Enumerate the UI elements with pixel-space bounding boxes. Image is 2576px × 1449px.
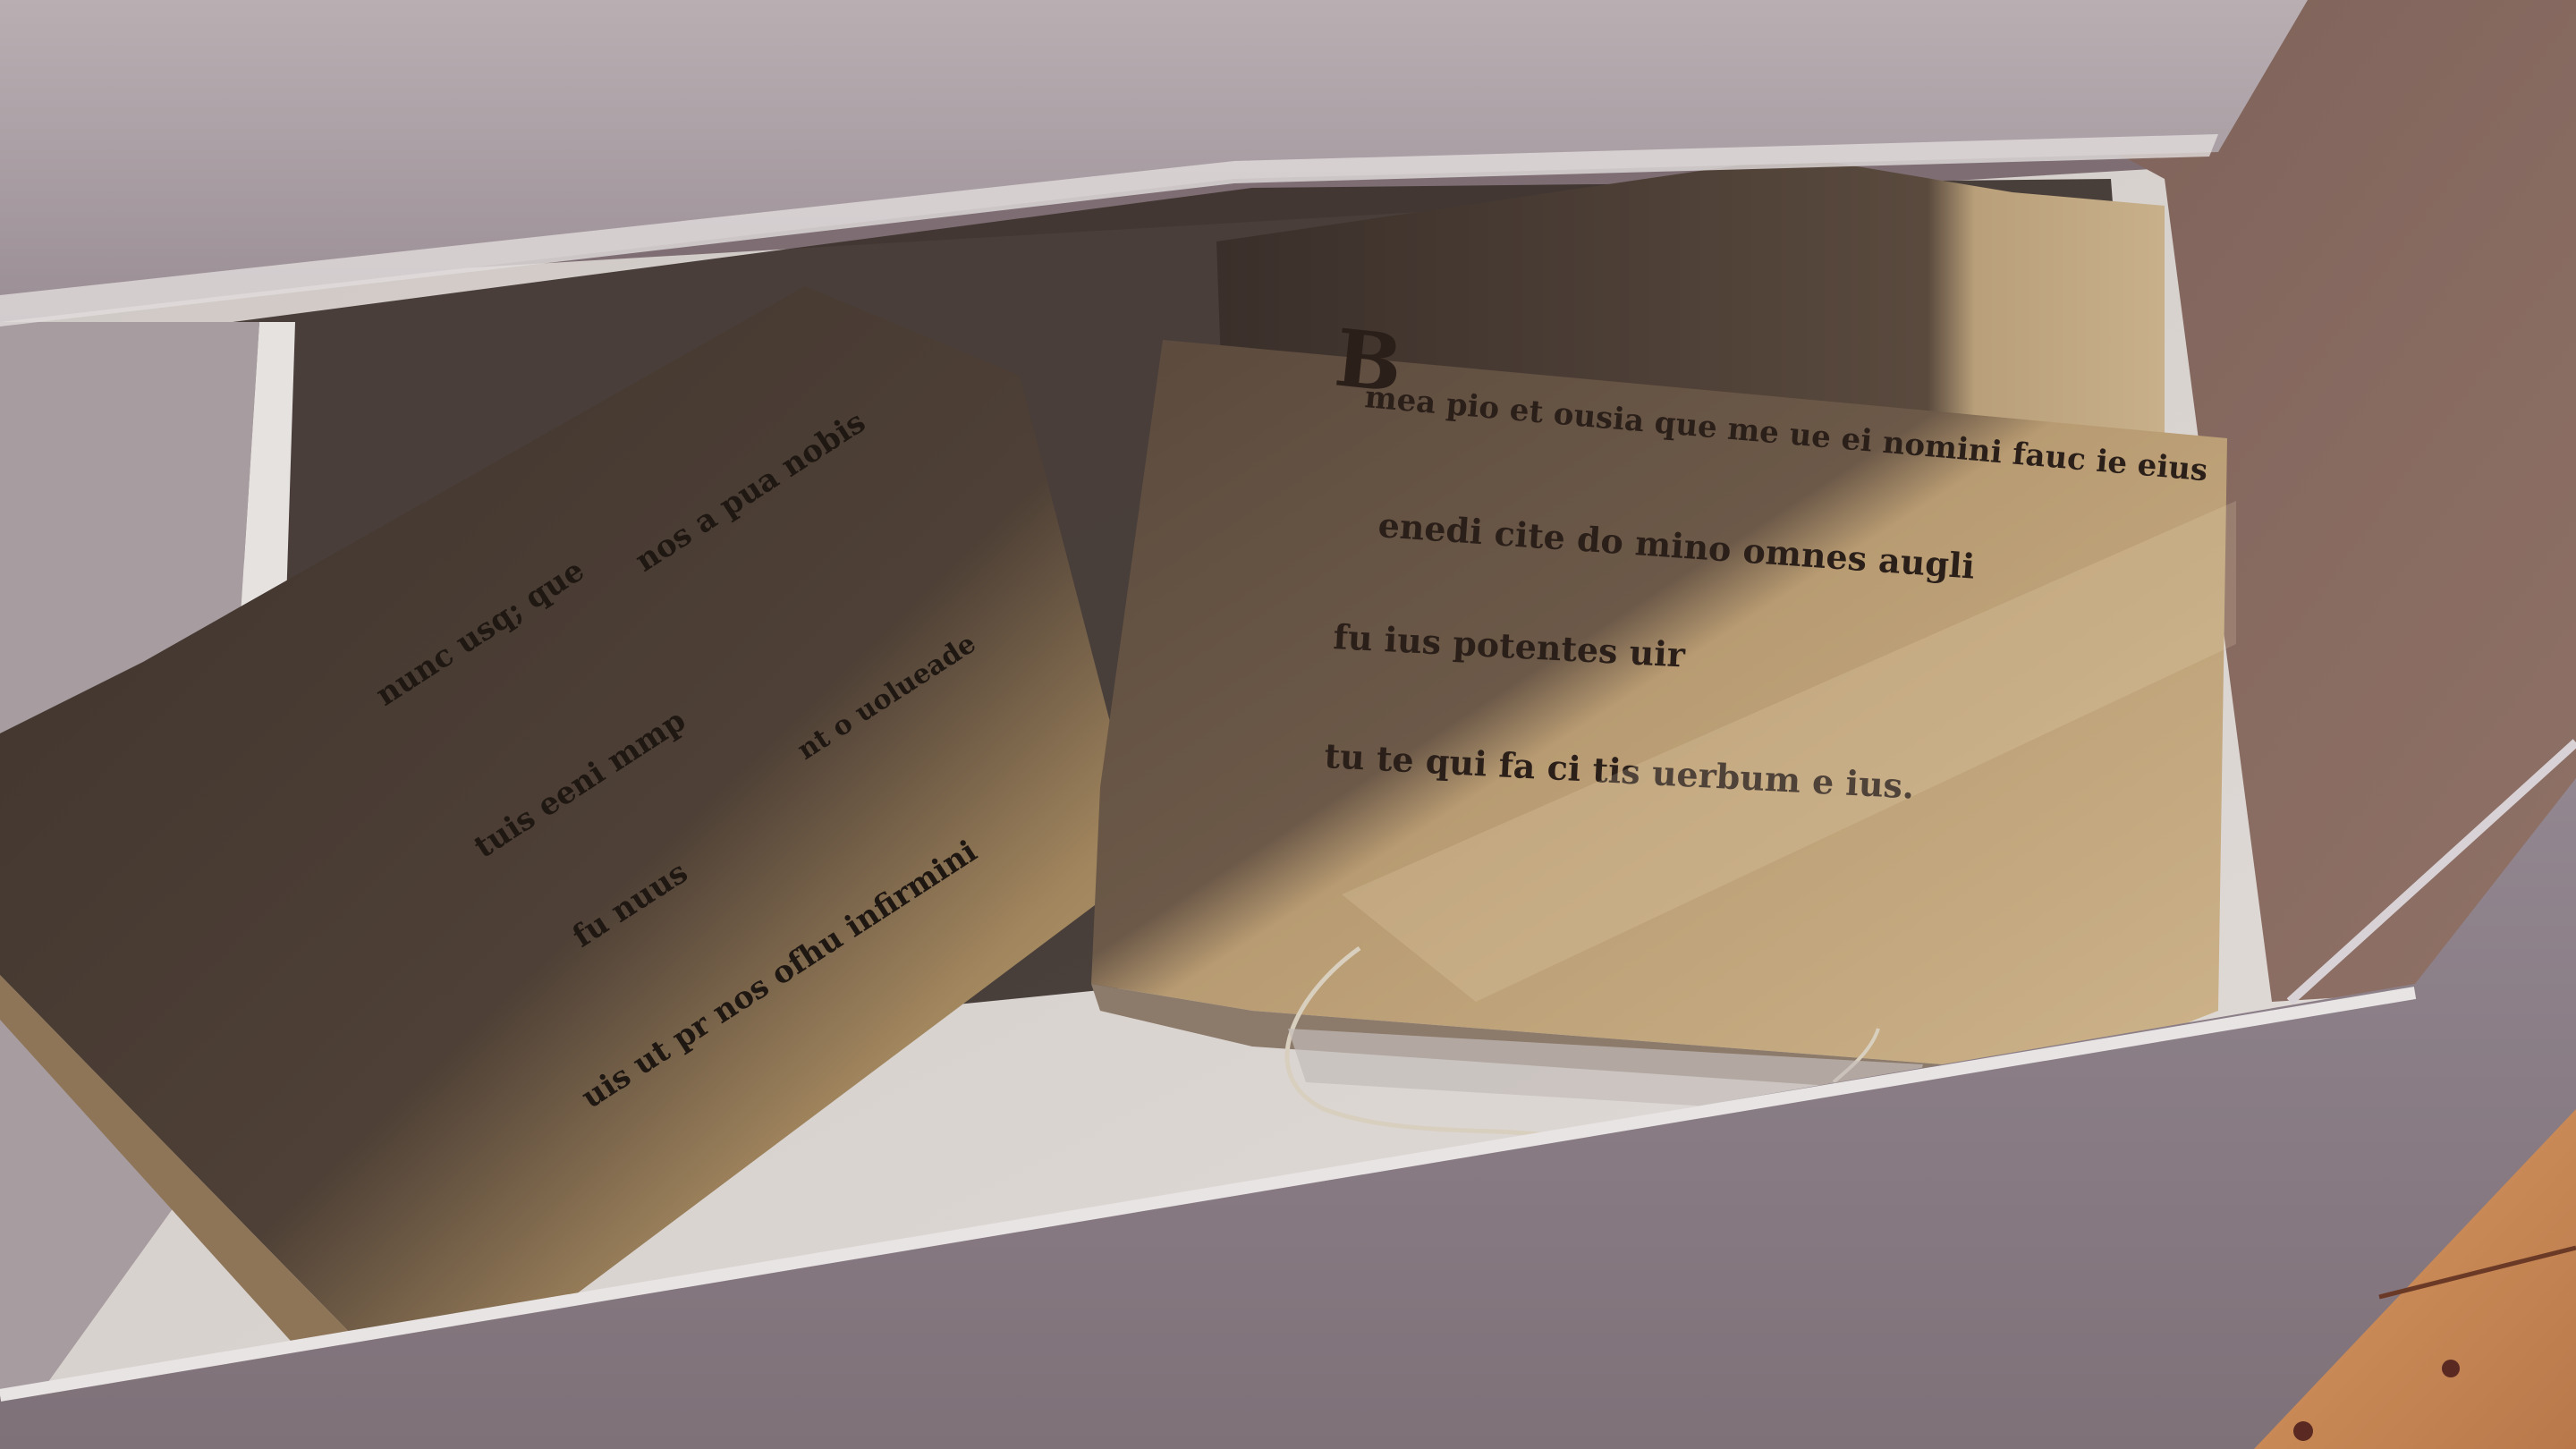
display-case-illustration: B mea pio et ousia que me ue ei nomini f… (0, 0, 2576, 1449)
floor-knot (2442, 1360, 2460, 1377)
photo-scene: B mea pio et ousia que me ue ei nomini f… (0, 0, 2576, 1449)
floor-knot-2 (2293, 1421, 2313, 1441)
